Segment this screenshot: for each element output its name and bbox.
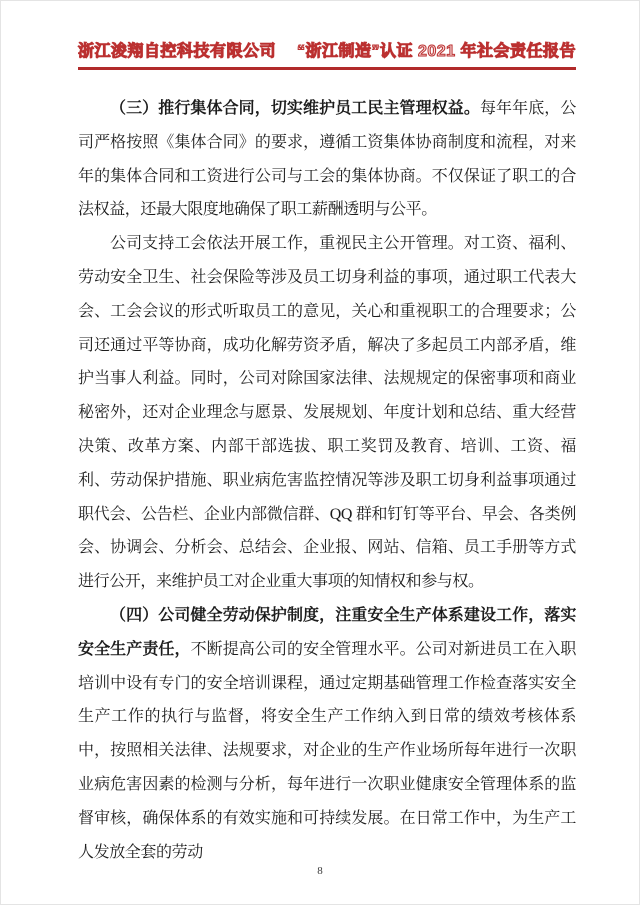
paragraph-text: 不断提高公司的安全管理水平。公司对新进员工在入职培训中设有专门的安全培训课程，通… <box>78 641 576 861</box>
document-body: （三）推行集体合同，切实维护员工民主管理权益。每年年底，公司严格按照《集体合同》… <box>78 92 576 864</box>
company-name: 浙江浚翔自控科技有限公司 <box>78 38 276 61</box>
paragraph-text: 公司支持工会依法开展工作，重视民主公开管理。对工资、福利、劳动安全卫生、社会保险… <box>78 235 576 590</box>
paragraph: 公司支持工会依法开展工作，重视民主公开管理。对工资、福利、劳动安全卫生、社会保险… <box>78 227 576 599</box>
page-number: 8 <box>0 865 640 877</box>
paragraph-lead: （三）推行集体合同，切实维护员工民主管理权益。 <box>110 100 480 117</box>
paragraph: （三）推行集体合同，切实维护员工民主管理权益。每年年底，公司严格按照《集体合同》… <box>78 92 576 227</box>
paragraph: （四）公司健全劳动保护制度，注重安全生产体系建设工作，落实安全生产责任，不断提高… <box>78 599 576 864</box>
report-title: “浙江制造”认证 2021 年社会责任报告 <box>297 38 576 61</box>
document-page: 浙江浚翔自控科技有限公司 “浙江制造”认证 2021 年社会责任报告 （三）推行… <box>0 0 640 905</box>
header-rule <box>78 67 576 70</box>
paragraph-text: 每年年底，公司严格按照《集体合同》的要求，遵循工资集体协商制度和流程，对来年的集… <box>78 100 576 218</box>
page-header: 浙江浚翔自控科技有限公司 “浙江制造”认证 2021 年社会责任报告 <box>78 38 576 67</box>
